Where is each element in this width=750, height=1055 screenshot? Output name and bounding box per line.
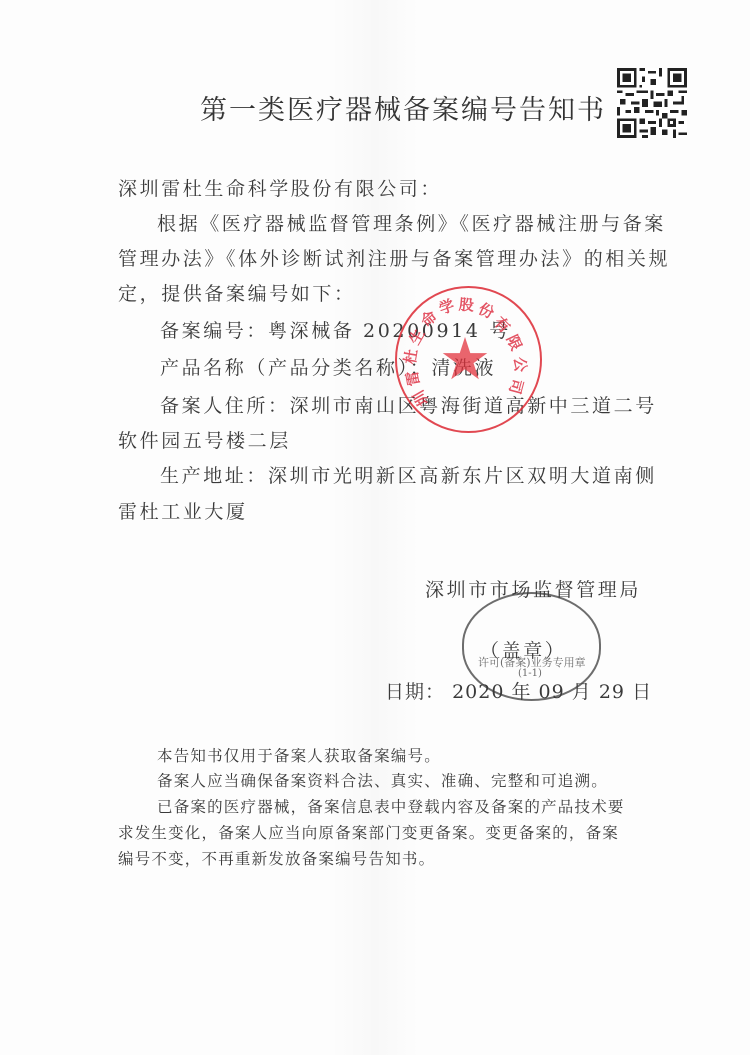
note-line-5: 编号不变，不再重新发放备案编号告知书。 (118, 847, 435, 869)
date-label: 日期： (385, 681, 445, 703)
intro-line-2: 管理办法》《体外诊断试剂注册与备案管理办法》的相关规 (118, 244, 670, 271)
production-address-line-2: 雷杜工业大厦 (118, 497, 248, 524)
intro-line-3: 定，提供备案编号如下： (118, 279, 356, 306)
registrant-address-line-2: 软件园五号楼二层 (118, 426, 291, 453)
note-line-2: 备案人应当确保备案资料合法、真实、准确、完整和可追溯。 (157, 769, 608, 791)
date-month: 09 (539, 681, 565, 703)
date-month-unit: 月 (572, 681, 592, 703)
product-name-label: 产品名称（产品分类名称）： (160, 357, 431, 379)
date-year: 2020 (452, 681, 504, 703)
document-title: 第一类医疗器械备案编号告知书 (200, 88, 606, 127)
scan-shadow (330, 0, 420, 1055)
recipient: 深圳雷杜生命科学股份有限公司： (118, 174, 442, 201)
intro-line-1: 根据《医疗器械监督管理条例》《医疗器械注册与备案 (157, 209, 666, 236)
registrant-address-label: 备案人住所： (160, 395, 290, 417)
company-seal-stamp: 学 股 份 有 限 公 司 命 生 杜 雷 圳 ★ (395, 286, 542, 433)
note-line-1: 本告知书仅用于备案人获取备案编号。 (157, 744, 441, 766)
star-icon: ★ (439, 330, 491, 388)
qr-code-icon (617, 68, 687, 138)
note-line-3: 已备案的医疗器械，备案信息表中登载内容及备案的产品技术要 (157, 795, 625, 817)
date-year-unit: 年 (511, 681, 531, 703)
date-day-unit: 日 (632, 681, 652, 703)
production-address-row: 生产地址：深圳市光明新区高新东片区双明大道南侧 (160, 461, 657, 488)
production-address-value: 深圳市光明新区高新东片区双明大道南侧 (268, 465, 657, 487)
note-line-4: 求发生变化，备案人应当向原备案部门变更备案。变更备案的，备案 (118, 821, 619, 843)
date-row: 日期： 2020 年 09 月 29 日 (385, 677, 652, 704)
seal-label: （盖章） (480, 636, 566, 663)
document-page: 第一类医疗器械备案编号告知书 深圳雷杜生命科学股份有限公司： 根据《医疗器械监督… (0, 0, 750, 1055)
date-day: 29 (599, 681, 625, 703)
record-number-label: 备案编号： (160, 320, 268, 342)
production-address-label: 生产地址： (160, 465, 268, 487)
